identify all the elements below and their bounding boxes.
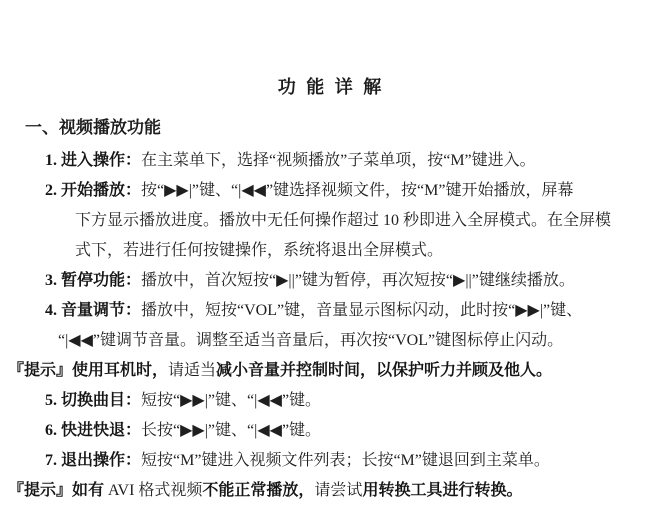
text-segment: 播放中，短按“VOL”键，音量显示图标闪动，此时按“▶▶|”键、 [141, 302, 582, 319]
manual-page: 功 能 详 解 一、视频播放功能 1. 进入操作：在主菜单下，选择“视频播放”子… [0, 0, 662, 522]
text-segment: 短按“▶▶|”键、“|◀◀”键。 [141, 392, 321, 409]
content-line: 2. 开始播放：按“▶▶|”键、“|◀◀”键选择视频文件，按“M”键开始播放，屏… [0, 176, 662, 206]
emphasized-text-segment: 『提示』如有 [8, 482, 108, 499]
text-segment: AVI 格式视频 [108, 482, 202, 499]
section-heading: 一、视频播放功能 [25, 113, 662, 138]
emphasized-text-segment: 5. 切换曲目： [45, 392, 141, 409]
emphasized-text-segment: 减小音量并控制时间，以保护听力并顾及他人。 [216, 362, 552, 379]
emphasized-text-segment: 7. 退出操作： [45, 452, 141, 469]
content-line: 5. 切换曲目：短按“▶▶|”键、“|◀◀”键。 [0, 386, 662, 416]
content-line: 下方显示播放进度。播放中无任何操作超过 10 秒即进入全屏模式。在全屏模 [0, 206, 662, 236]
content-line: “|◀◀”键调节音量。调整至适当音量后，再次按“VOL”键图标停止闪动。 [0, 326, 662, 356]
emphasized-text-segment: 4. 音量调节： [45, 302, 141, 319]
text-segment: 按“▶▶|”键、“|◀◀”键选择视频文件，按“M”键开始播放，屏幕 [141, 182, 573, 199]
content-line: 6. 快进快退：长按“▶▶|”键、“|◀◀”键。 [0, 416, 662, 446]
tip-line: 『提示』如有 AVI 格式视频不能正常播放，请尝试用转换工具进行转换。 [0, 476, 662, 506]
emphasized-text-segment: 用转换工具进行转换。 [362, 482, 522, 499]
emphasized-text-segment: 2. 开始播放： [45, 182, 141, 199]
content-line: 3. 暂停功能：播放中，首次短按“▶||”键为暂停，再次短按“▶||”键继续播放… [0, 266, 662, 296]
content-lines: 1. 进入操作：在主菜单下，选择“视频播放”子菜单项，按“M”键进入。2. 开始… [0, 146, 662, 506]
text-segment: 请尝试 [314, 482, 362, 499]
content-line: 式下，若进行任何按键操作，系统将退出全屏模式。 [0, 236, 662, 266]
emphasized-text-segment: 3. 暂停功能： [45, 272, 141, 289]
content-line: 7. 退出操作：短按“M”键进入视频文件列表；长按“M”键退回到主菜单。 [0, 446, 662, 476]
emphasized-text-segment: 『提示』使用耳机时， [8, 362, 168, 379]
tip-line: 『提示』使用耳机时，请适当减小音量并控制时间，以保护听力并顾及他人。 [0, 356, 662, 386]
text-segment: 播放中，首次短按“▶||”键为暂停，再次短按“▶||”键继续播放。 [141, 272, 575, 289]
text-segment: 长按“▶▶|”键、“|◀◀”键。 [141, 422, 321, 439]
content-line: 4. 音量调节：播放中，短按“VOL”键，音量显示图标闪动，此时按“▶▶|”键、 [0, 296, 662, 326]
page-title: 功 能 详 解 [0, 73, 662, 99]
emphasized-text-segment: 1. 进入操作： [45, 152, 141, 169]
text-segment: 请适当 [168, 362, 216, 379]
text-segment: 在主菜单下，选择“视频播放”子菜单项，按“M”键进入。 [141, 152, 536, 169]
emphasized-text-segment: 不能正常播放， [202, 482, 314, 499]
text-segment: 式下，若进行任何按键操作，系统将退出全屏模式。 [75, 242, 443, 259]
emphasized-text-segment: 6. 快进快退： [45, 422, 141, 439]
content-line: 1. 进入操作：在主菜单下，选择“视频播放”子菜单项，按“M”键进入。 [0, 146, 662, 176]
text-segment: 下方显示播放进度。播放中无任何操作超过 10 秒即进入全屏模式。在全屏模 [75, 212, 611, 229]
text-segment: 短按“M”键进入视频文件列表；长按“M”键退回到主菜单。 [141, 452, 550, 469]
text-segment: “|◀◀”键调节音量。调整至适当音量后，再次按“VOL”键图标停止闪动。 [58, 332, 563, 349]
